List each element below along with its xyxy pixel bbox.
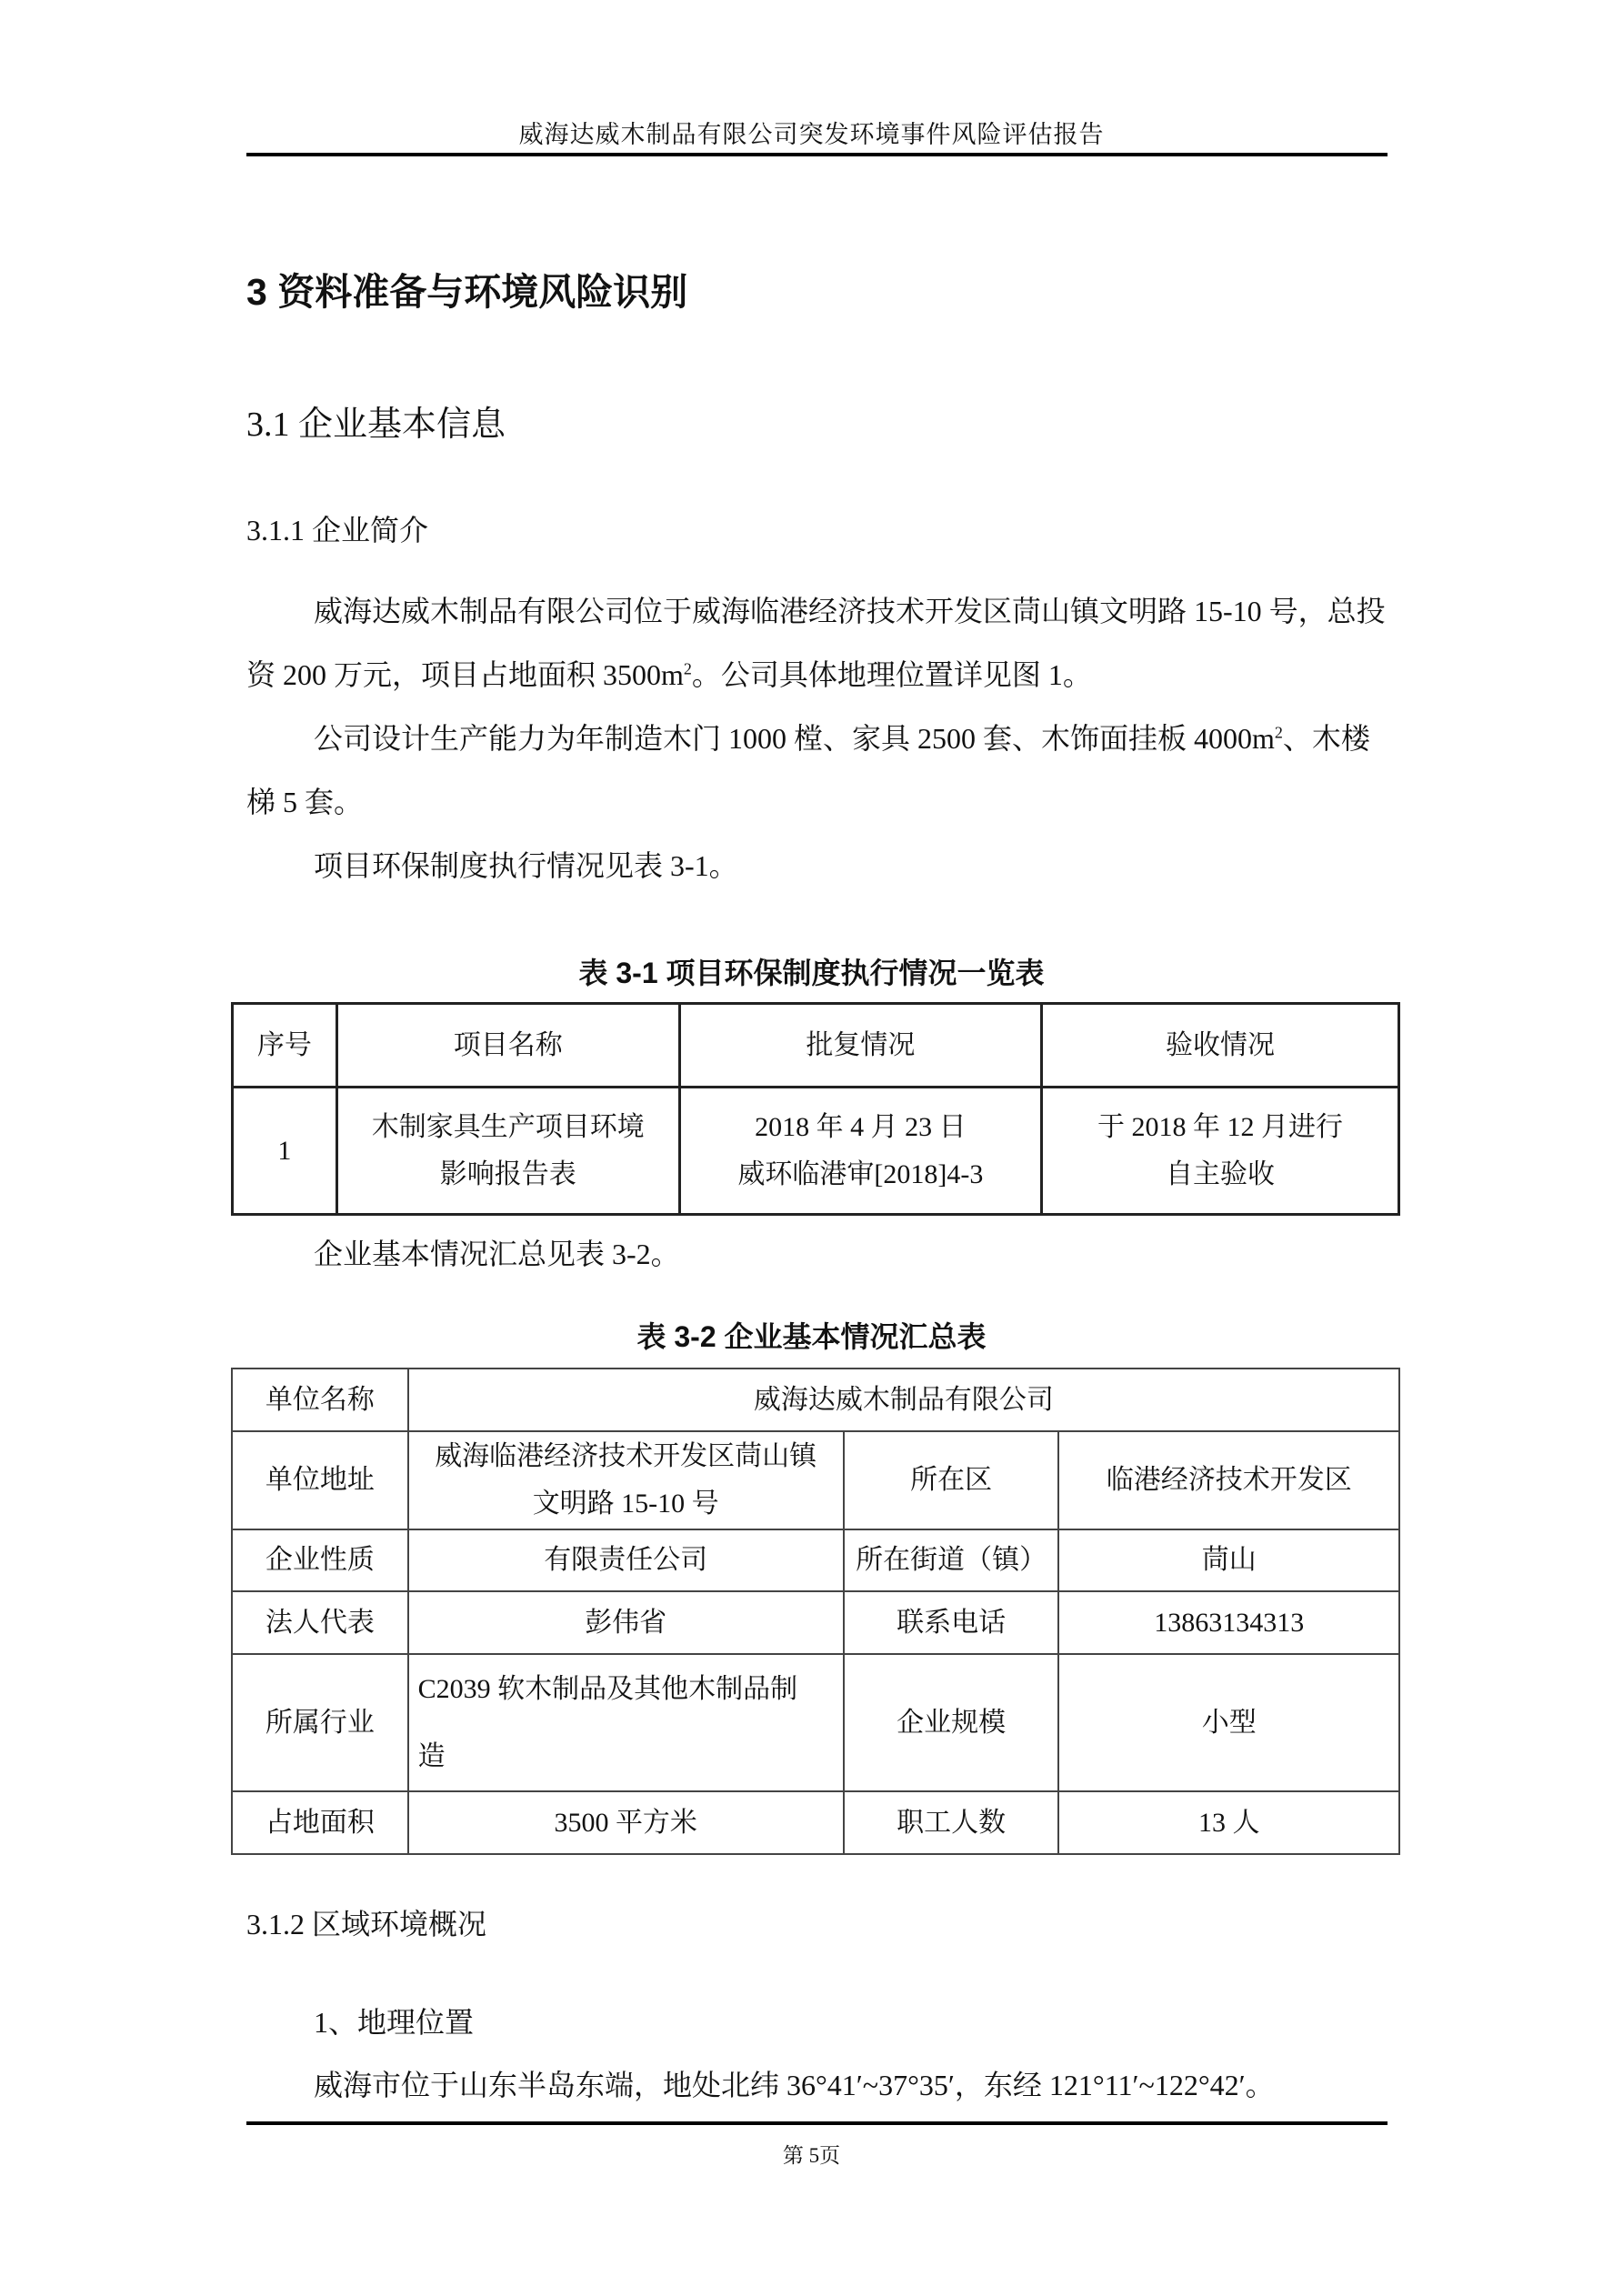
paragraph-table1-ref: 项目环保制度执行情况见表 3-1。	[246, 834, 1388, 897]
cell-approval: 2018 年 4 月 23 日 威环临港审[2018]4-3	[679, 1088, 1041, 1215]
value-cell: 有限责任公司	[408, 1529, 844, 1591]
cell-acceptance: 于 2018 年 12 月进行 自主验收	[1041, 1088, 1398, 1215]
paragraph-table2-ref: 企业基本情况汇总见表 3-2。	[246, 1222, 1388, 1286]
table-row: 企业性质 有限责任公司 所在街道（镇） 茼山	[232, 1529, 1399, 1591]
table-2-caption: 表 3-2 企业基本情况汇总表	[0, 1314, 1623, 1356]
header-cell: 项目名称	[336, 1004, 679, 1088]
subsection-heading: 3.1.1 企业简介	[246, 507, 428, 549]
label-cell: 单位地址	[232, 1431, 408, 1529]
paragraph-capacity: 公司设计生产能力为年制造木门 1000 樘、家具 2500 套、木饰面挂板 40…	[246, 707, 1388, 834]
footer-divider	[246, 2121, 1388, 2125]
item-heading: 1、地理位置	[246, 1990, 1388, 2054]
table-2: 单位名称 威海达威木制品有限公司 单位地址 威海临港经济技术开发区茼山镇 文明路…	[231, 1368, 1400, 1855]
label-cell: 联系电话	[844, 1591, 1059, 1654]
value-cell: 茼山	[1058, 1529, 1399, 1591]
label-cell: 职工人数	[844, 1791, 1059, 1854]
label-cell: 企业性质	[232, 1529, 408, 1591]
value-cell: 彭伟省	[408, 1591, 844, 1654]
cell-project-name: 木制家具生产项目环境 影响报告表	[336, 1088, 679, 1215]
value-cell: 威海达威木制品有限公司	[408, 1369, 1399, 1431]
value-cell: 临港经济技术开发区	[1058, 1431, 1399, 1529]
paragraph-location: 威海市位于山东半岛东端，地处北纬 36°41′~37°35′，东经 121°11…	[246, 2053, 1388, 2117]
value-cell: 3500 平方米	[408, 1791, 844, 1854]
table-row: 单位地址 威海临港经济技术开发区茼山镇 文明路 15-10 号 所在区 临港经济…	[232, 1431, 1399, 1529]
value-cell: 小型	[1058, 1654, 1399, 1791]
value-cell: 威海临港经济技术开发区茼山镇 文明路 15-10 号	[408, 1431, 844, 1529]
cell-no: 1	[233, 1088, 337, 1215]
label-cell: 所在区	[844, 1431, 1059, 1529]
header-cell: 序号	[233, 1004, 337, 1088]
value-cell: 13863134313	[1058, 1591, 1399, 1654]
page-number: 第 5页	[0, 2139, 1623, 2169]
paragraph-intro: 威海达威木制品有限公司位于威海临港经济技术开发区茼山镇文明路 15-10 号，总…	[246, 579, 1388, 707]
table-1: 序号 项目名称 批复情况 验收情况 1 木制家具生产项目环境 影响报告表 201…	[231, 1002, 1400, 1216]
label-cell: 所在街道（镇）	[844, 1529, 1059, 1591]
header-divider	[246, 153, 1388, 156]
header-cell: 批复情况	[679, 1004, 1041, 1088]
chapter-heading: 3 资料准备与环境风险识别	[246, 262, 687, 316]
table-row: 单位名称 威海达威木制品有限公司	[232, 1369, 1399, 1431]
label-cell: 所属行业	[232, 1654, 408, 1791]
value-cell: 13 人	[1058, 1791, 1399, 1854]
label-cell: 单位名称	[232, 1369, 408, 1431]
value-cell: C2039 软木制品及其他木制品制 造	[408, 1654, 844, 1791]
table-1-header-row: 序号 项目名称 批复情况 验收情况	[233, 1004, 1399, 1088]
header-cell: 验收情况	[1041, 1004, 1398, 1088]
label-cell: 法人代表	[232, 1591, 408, 1654]
label-cell: 占地面积	[232, 1791, 408, 1854]
label-cell: 企业规模	[844, 1654, 1059, 1791]
section-heading: 3.1 企业基本信息	[246, 396, 506, 446]
table-row: 占地面积 3500 平方米 职工人数 13 人	[232, 1791, 1399, 1854]
table-row: 所属行业 C2039 软木制品及其他木制品制 造 企业规模 小型	[232, 1654, 1399, 1791]
table-row: 1 木制家具生产项目环境 影响报告表 2018 年 4 月 23 日 威环临港审…	[233, 1088, 1399, 1215]
table-1-caption: 表 3-1 项目环保制度执行情况一览表	[0, 950, 1623, 992]
table-row: 法人代表 彭伟省 联系电话 13863134313	[232, 1591, 1399, 1654]
running-header: 威海达威木制品有限公司突发环境事件风险评估报告	[0, 115, 1623, 150]
subsection-heading-2: 3.1.2 区域环境概况	[246, 1901, 486, 1943]
